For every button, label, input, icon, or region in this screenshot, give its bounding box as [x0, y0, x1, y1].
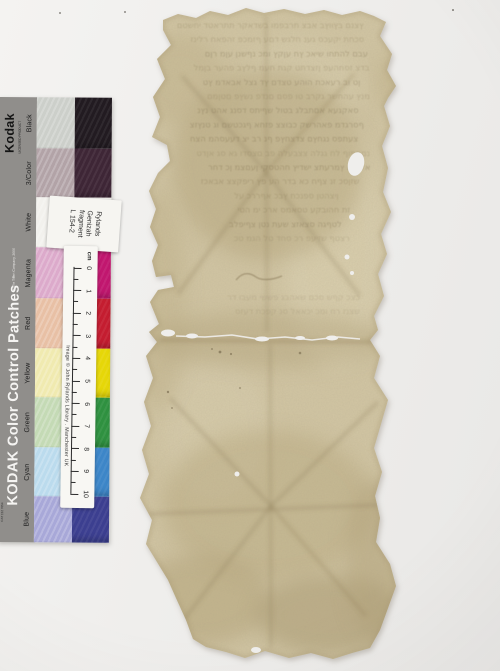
ruler-tick-minor: [73, 279, 78, 280]
ruler-tick-major: [73, 313, 81, 314]
licensed-product-text: LICENSED PRODUCT: [18, 121, 22, 154]
strip-copyright: ©The Tiffen Company, 2000: [12, 248, 16, 290]
patch-label-blue: Blue: [24, 512, 31, 527]
ruler-number-4: 4: [84, 357, 91, 361]
patch-3/color: [74, 149, 111, 198]
cm-ruler: cm Image © John Rylands Library . Manche…: [60, 246, 98, 508]
ruler-number-10: 10: [82, 490, 89, 498]
ruler-tick-major: [71, 448, 79, 449]
ruler-tick-major: [70, 493, 78, 494]
photo-canvas: ץצנם בץווץב אבצ תרבפמו בשדאקר תתראטד יחש…: [0, 0, 500, 671]
patch-label-3/color: 3/Color: [26, 161, 33, 185]
ruler-number-1: 1: [85, 289, 92, 293]
dust-speck: [452, 9, 454, 11]
patch-label-yellow: Yellow: [25, 362, 32, 383]
ruler-number-2: 2: [84, 311, 91, 315]
patch-label-red: Red: [25, 316, 32, 330]
ruler-tick-major: [73, 290, 81, 291]
ruler-number-0: 0: [85, 266, 92, 270]
ruler-number-3: 3: [84, 334, 91, 338]
ruler-tick-major: [73, 335, 81, 336]
patch-label-magenta: Magenta: [25, 258, 32, 287]
patch-label-white: White: [26, 213, 33, 232]
ruler-tick-minor: [73, 301, 78, 302]
ruler-tick-major: [72, 403, 80, 404]
patch-black: [75, 98, 112, 149]
fragment-id-text: Rylands Genizah fragment L 154-2: [66, 209, 102, 239]
ruler-tick-minor: [72, 369, 77, 370]
patch-label-green: Green: [24, 412, 31, 433]
dust-speck: [59, 12, 61, 14]
patch-glare-3/color: [36, 148, 74, 197]
ruler-tick-major: [71, 471, 79, 472]
strip-catalog-number: CAT 152 7654: [0, 502, 4, 521]
ruler-tick-major: [71, 426, 79, 427]
ruler-tick-minor: [71, 482, 76, 483]
ruler-unit-label: cm: [86, 252, 92, 261]
patch-glare-black: [37, 97, 75, 148]
strip-title: KODAK Color Control Patches: [5, 285, 23, 506]
kodak-logo: Kodak: [3, 113, 17, 153]
ruler-number-6: 6: [83, 402, 90, 406]
patch-label-cyan: Cyan: [24, 463, 31, 480]
ruler-tick-major: [72, 358, 80, 359]
fragment-id-label: Rylands Genizah fragment L 154-2: [46, 196, 121, 253]
ruler-credit-text: Image © John Rylands Library . Mancheste…: [62, 345, 70, 466]
ruler-tick-major: [72, 380, 80, 381]
ruler-number-9: 9: [82, 470, 89, 474]
ruler-tick-minor: [71, 459, 76, 460]
id-line-collection: Rylands: [92, 211, 102, 239]
ruler-tick-minor: [71, 437, 76, 438]
ruler-tick-minor: [73, 324, 78, 325]
dust-speck: [124, 11, 126, 13]
ruler-tick-minor: [72, 346, 77, 347]
ruler-tick-minor: [72, 392, 77, 393]
ruler-number-5: 5: [83, 379, 90, 383]
ruler-tick-minor: [71, 414, 76, 415]
ruler-tick-major: [74, 267, 82, 268]
ruler-number-8: 8: [82, 447, 89, 451]
patch-label-black: Black: [26, 114, 33, 132]
ruler-number-7: 7: [83, 424, 90, 428]
